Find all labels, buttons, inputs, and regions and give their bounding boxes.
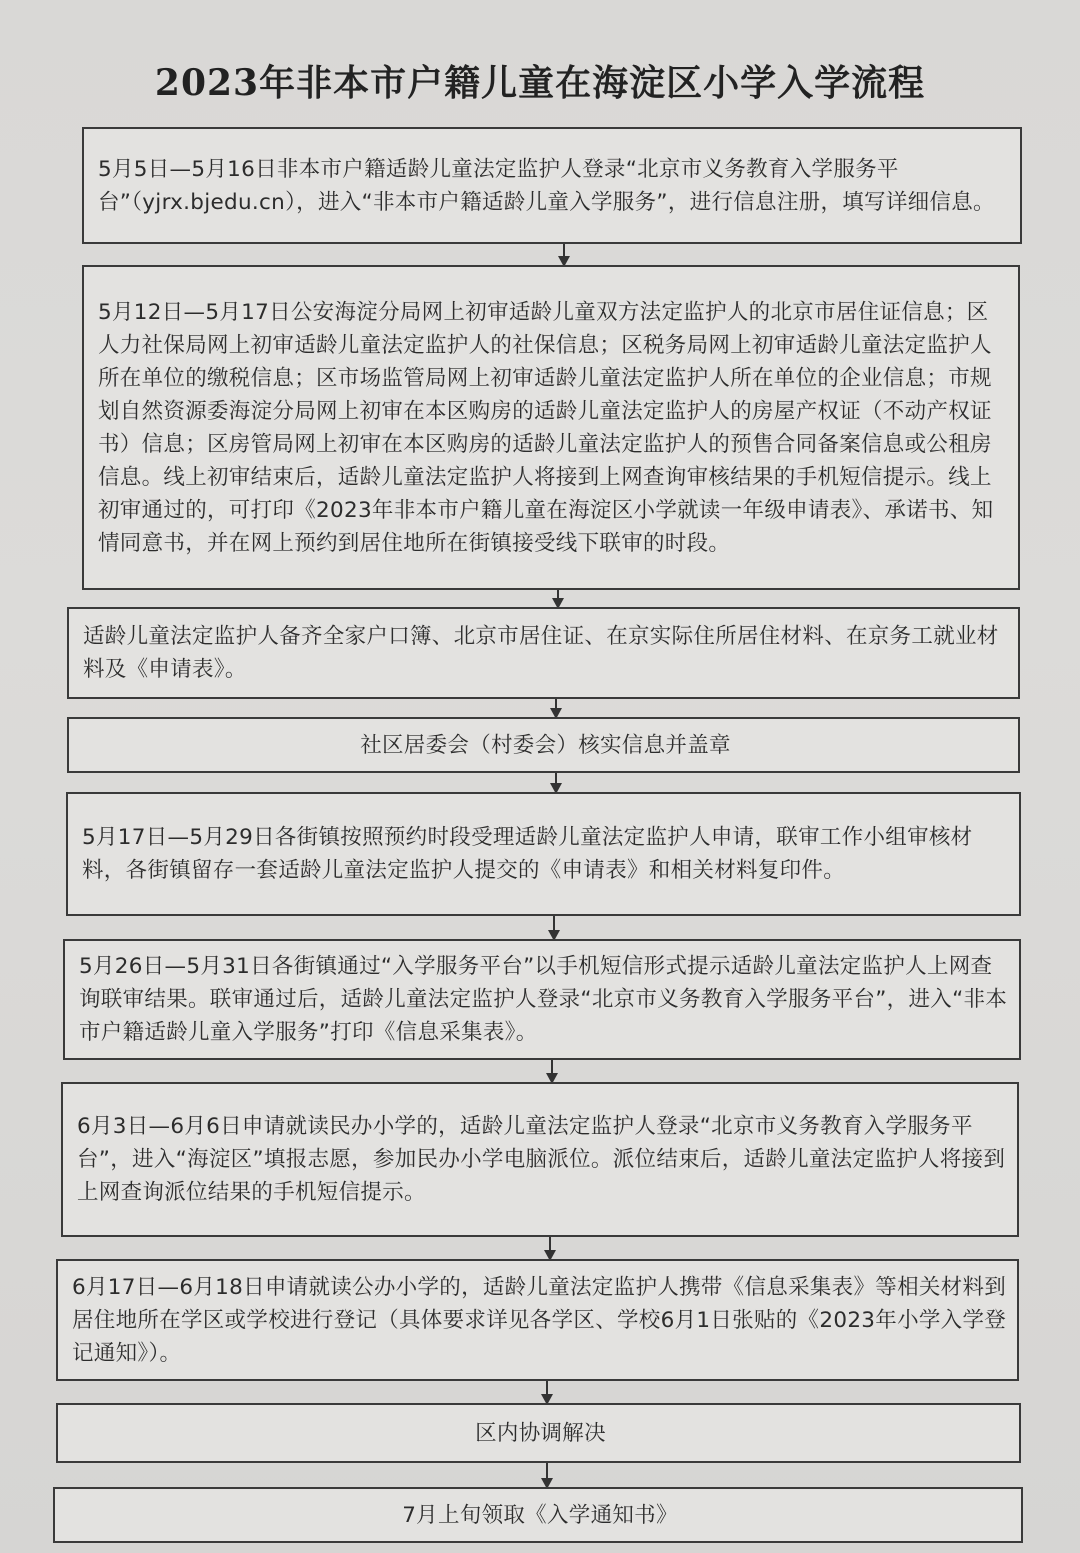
step-3-prepare-documents: 适龄儿童法定监护人备齐全家户口簿、北京市居住证、在京实际住所居住材料、在京务工就…: [67, 607, 1020, 699]
step-text: 区内协调解决: [475, 1417, 606, 1450]
flow-arrow: [555, 699, 557, 717]
flow-arrow: [551, 1060, 553, 1082]
step-8-public-school-registration: 6月17日—6月18日申请就读公办小学的，适龄儿童法定监护人携带《信息采集表》等…: [56, 1259, 1019, 1381]
flow-arrow: [557, 590, 559, 607]
flow-arrow: [555, 773, 557, 792]
step-text: 7月上旬领取《入学通知书》: [402, 1499, 678, 1532]
flow-arrow: [546, 1463, 548, 1487]
step-text: 社区居委会（村委会）核实信息并盖章: [360, 729, 731, 762]
step-text: 5月5日—5月16日非本市户籍适龄儿童法定监护人登录“北京市义务教育入学服务平台…: [98, 153, 1010, 219]
step-2-online-review: 5月12日—5月17日公安海淀分局网上初审适龄儿童双方法定监护人的北京市居住证信…: [82, 265, 1020, 590]
flow-arrow: [549, 1237, 551, 1259]
step-9-district-coordination: 区内协调解决: [56, 1403, 1021, 1463]
step-1-registration: 5月5日—5月16日非本市户籍适龄儿童法定监护人登录“北京市义务教育入学服务平台…: [82, 127, 1022, 244]
step-text: 5月26日—5月31日各街镇通过“入学服务平台”以手机短信形式提示适龄儿童法定监…: [79, 950, 1009, 1049]
flow-arrow: [563, 244, 565, 265]
flow-arrow: [553, 916, 555, 939]
step-5-joint-review: 5月17日—5月29日各街镇按照预约时段受理适龄儿童法定监护人申请，联审工作小组…: [66, 792, 1021, 916]
page-title: 2023年非本市户籍儿童在海淀区小学入学流程: [0, 55, 1080, 106]
step-text: 5月17日—5月29日各街镇按照预约时段受理适龄儿童法定监护人申请，联审工作小组…: [82, 821, 1009, 887]
step-text: 6月17日—6月18日申请就读公办小学的，适龄儿童法定监护人携带《信息采集表》等…: [72, 1271, 1007, 1370]
flow-arrow: [546, 1381, 548, 1403]
step-6-review-result: 5月26日—5月31日各街镇通过“入学服务平台”以手机短信形式提示适龄儿童法定监…: [63, 939, 1021, 1060]
step-7-private-school-lottery: 6月3日—6月6日申请就读民办小学的，适龄儿童法定监护人登录“北京市义务教育入学…: [61, 1082, 1019, 1237]
step-text: 适龄儿童法定监护人备齐全家户口簿、北京市居住证、在京实际住所居住材料、在京务工就…: [83, 620, 1008, 686]
step-4-community-stamp: 社区居委会（村委会）核实信息并盖章: [67, 717, 1020, 773]
step-text: 6月3日—6月6日申请就读民办小学的，适龄儿童法定监护人登录“北京市义务教育入学…: [77, 1110, 1007, 1209]
step-10-admission-notice: 7月上旬领取《入学通知书》: [53, 1487, 1023, 1543]
step-text: 5月12日—5月17日公安海淀分局网上初审适龄儿童双方法定监护人的北京市居住证信…: [98, 296, 1008, 560]
